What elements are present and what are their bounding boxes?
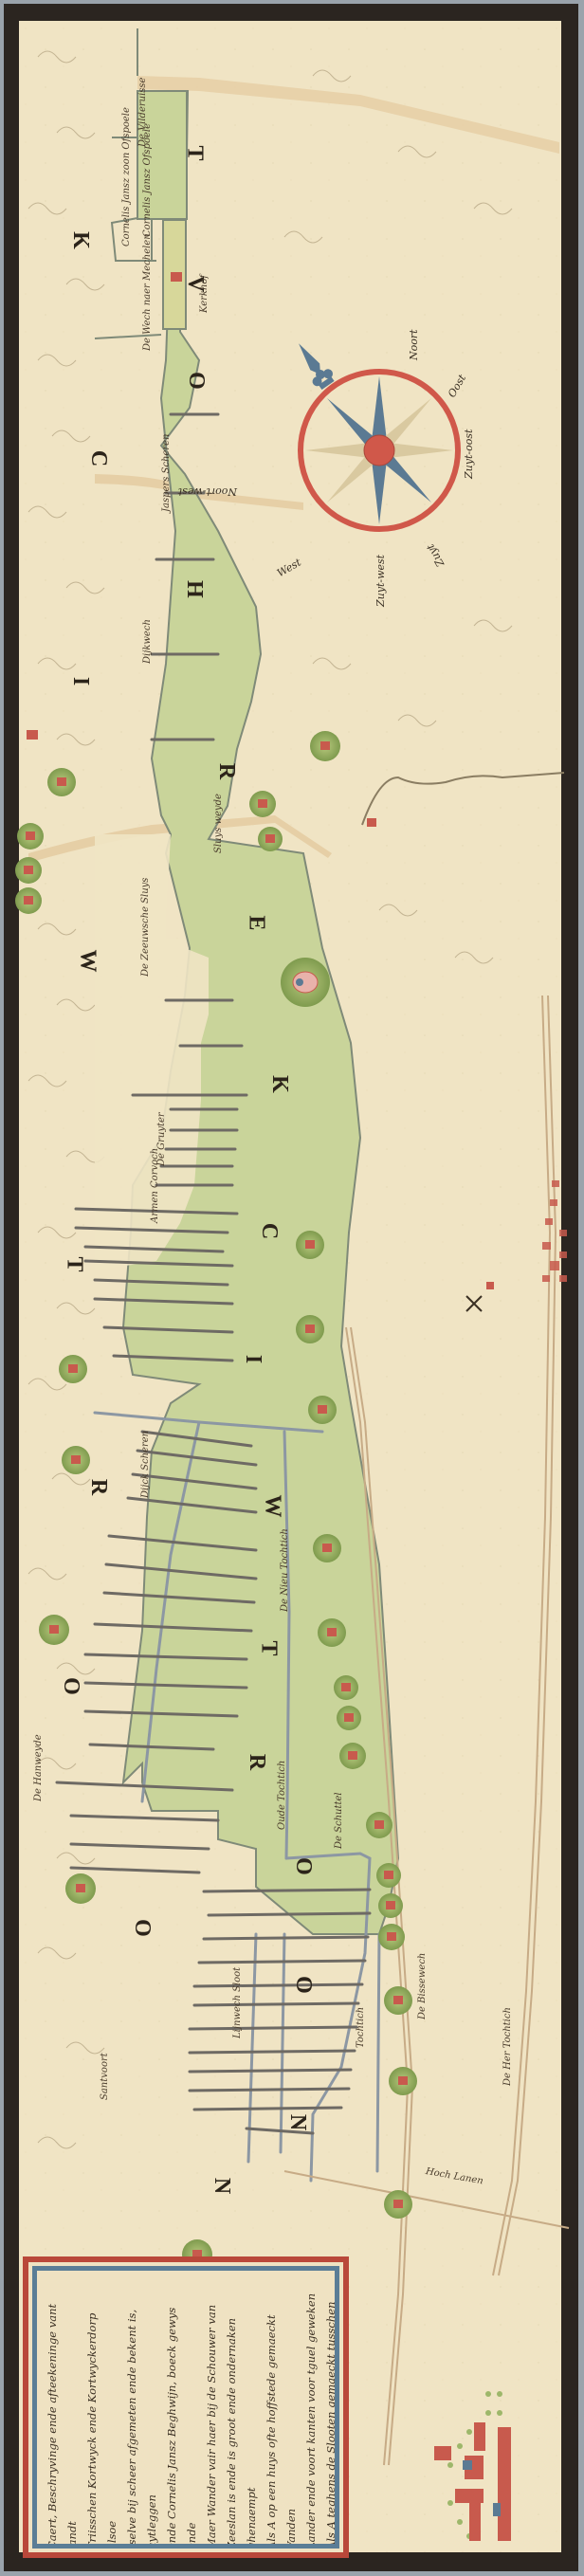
place-label: Kerkhof bbox=[199, 275, 210, 313]
house-icon bbox=[27, 730, 38, 740]
farm-tree-icon bbox=[62, 1446, 90, 1474]
map-letter: C bbox=[85, 450, 111, 466]
compass-label-zuyt-oost: Zuyt-oost bbox=[463, 429, 475, 479]
farm-tree-icon bbox=[308, 1396, 337, 1424]
place-label: De Zeeuwsche Sluys bbox=[140, 878, 151, 977]
house-icon bbox=[171, 272, 182, 282]
farm-tree-icon bbox=[65, 1873, 96, 1904]
compass-label-zuyt-west: Zuyt-west bbox=[374, 555, 387, 607]
compass-label-noort: Noort bbox=[408, 329, 420, 360]
cartouche-text: Caert, Beschryvinge ende afteekeninge va… bbox=[37, 2280, 339, 2549]
cartouche-line: Zeeslan is ende is groot ende ondernaken… bbox=[222, 2286, 262, 2549]
cartouche-line: tselve bij scheer afgemeten ende bekent … bbox=[122, 2286, 162, 2549]
cartouche-inner-border: Caert, Beschryvinge ende afteekeninge va… bbox=[32, 2266, 339, 2549]
compass-label-noort-west: Noort-west bbox=[178, 485, 237, 498]
place-label: Santvoort bbox=[100, 2053, 110, 2100]
cartouche-line: Als A op een huys ofte hoffstede gemaeck… bbox=[262, 2286, 301, 2549]
farm-tree-icon bbox=[15, 857, 42, 884]
place-label: De Bissewech bbox=[417, 1953, 428, 2019]
map-letter: I bbox=[67, 677, 93, 685]
house-icon bbox=[486, 1282, 494, 1289]
place-label: Lijnwech Sloot bbox=[232, 1967, 243, 2038]
farm-tree-icon bbox=[258, 827, 283, 851]
farm-tree-icon bbox=[296, 1231, 324, 1259]
map-letter: I bbox=[240, 1355, 265, 1363]
map-letter: W bbox=[260, 1495, 285, 1518]
place-label: De Gruyter bbox=[156, 1112, 167, 1166]
farm-tree-icon bbox=[17, 823, 44, 850]
farm-tree-icon bbox=[296, 1315, 324, 1343]
place-label: Dijck Scheren bbox=[140, 1431, 151, 1498]
place-label: Cornelis Jansz Ofspoele bbox=[142, 123, 153, 237]
map-letter: O bbox=[290, 1976, 316, 1994]
farm-tree-icon bbox=[378, 1924, 405, 1950]
farm-tree-icon bbox=[376, 1863, 401, 1888]
farm-tree-icon bbox=[313, 1534, 341, 1562]
map-letter: R bbox=[244, 1754, 269, 1770]
place-label: De Her Tochtich bbox=[502, 2007, 513, 2086]
farm-tree-icon bbox=[310, 731, 340, 761]
place-label: Jaspers Scheren bbox=[161, 434, 172, 512]
farm-tree-icon bbox=[39, 1615, 69, 1645]
cartouche-line: ende Cornelis Jansz Beghwijn, boeck gewy… bbox=[162, 2286, 202, 2549]
map-letter: E bbox=[244, 915, 269, 930]
map-letter: O bbox=[183, 372, 209, 390]
farm-tree-icon bbox=[384, 1986, 412, 2015]
cartouche-line: Lander ende voort kanten voor tguel gewe… bbox=[301, 2286, 321, 2549]
farm-tree-icon bbox=[15, 887, 42, 914]
map-letter: O bbox=[290, 1857, 316, 1875]
place-label: Sluys weyde bbox=[213, 794, 224, 853]
farm-tree-icon bbox=[384, 2190, 412, 2219]
cartouche-line: Maer Wander vair haer bij de Schouwer va… bbox=[202, 2286, 222, 2549]
map-letter: O bbox=[129, 1919, 155, 1937]
farm-tree-icon bbox=[334, 1675, 358, 1700]
place-label: De Wech naer Mechelen bbox=[142, 233, 153, 351]
place-label: Oude Tochtich bbox=[277, 1761, 287, 1830]
cartouche-line: Als A teghens de Slooten gemaeckt tussch… bbox=[321, 2286, 339, 2549]
farm-tree-icon bbox=[59, 1355, 87, 1383]
farm-tree-icon bbox=[318, 1618, 346, 1647]
map-letter: T bbox=[256, 1640, 282, 1655]
map-letter: C bbox=[256, 1223, 282, 1239]
place-label: Dijkwech bbox=[142, 619, 153, 664]
map-letter: N bbox=[209, 2178, 234, 2194]
place-label: Tochtich bbox=[356, 2007, 366, 2048]
farm-tree-icon bbox=[337, 1706, 361, 1730]
farm-tree-icon bbox=[389, 2067, 417, 2095]
cartouche-line: Caert, Beschryvinge ende afteekeninge va… bbox=[43, 2286, 82, 2549]
place-label: Cornelis Jansz zoon Ofspoele bbox=[121, 107, 132, 247]
place-label: De Schuttel bbox=[334, 1792, 344, 1849]
title-cartouche: Caert, Beschryvinge ende afteekeninge va… bbox=[23, 2256, 349, 2558]
map-letter: K bbox=[67, 231, 93, 249]
map-letter: W bbox=[75, 950, 100, 973]
farm-tree-icon bbox=[378, 1893, 403, 1918]
farm-tree-icon bbox=[339, 1743, 366, 1769]
farm-tree-icon bbox=[47, 768, 76, 796]
farm-tree-icon bbox=[249, 791, 276, 817]
map-letter: H bbox=[181, 580, 207, 598]
map-letter: O bbox=[58, 1677, 83, 1695]
place-label: De Hanweyde bbox=[33, 1734, 44, 1801]
castle-tree-icon bbox=[281, 958, 330, 1007]
historical-map bbox=[0, 0, 584, 2576]
map-letter: N bbox=[284, 2114, 310, 2130]
place-label: De Nieu Tochtich bbox=[280, 1528, 290, 1612]
map-letter: T bbox=[62, 1256, 87, 1271]
cartouche-line: Triisschen Kortwyck ende Kortwyckerdorp … bbox=[82, 2286, 122, 2549]
farm-tree-icon bbox=[366, 1812, 392, 1838]
map-letter: R bbox=[85, 1479, 111, 1495]
map-letter: K bbox=[266, 1075, 292, 1093]
map-letter: T bbox=[182, 145, 208, 160]
map-letter: R bbox=[213, 763, 239, 779]
house-icon bbox=[367, 818, 376, 827]
